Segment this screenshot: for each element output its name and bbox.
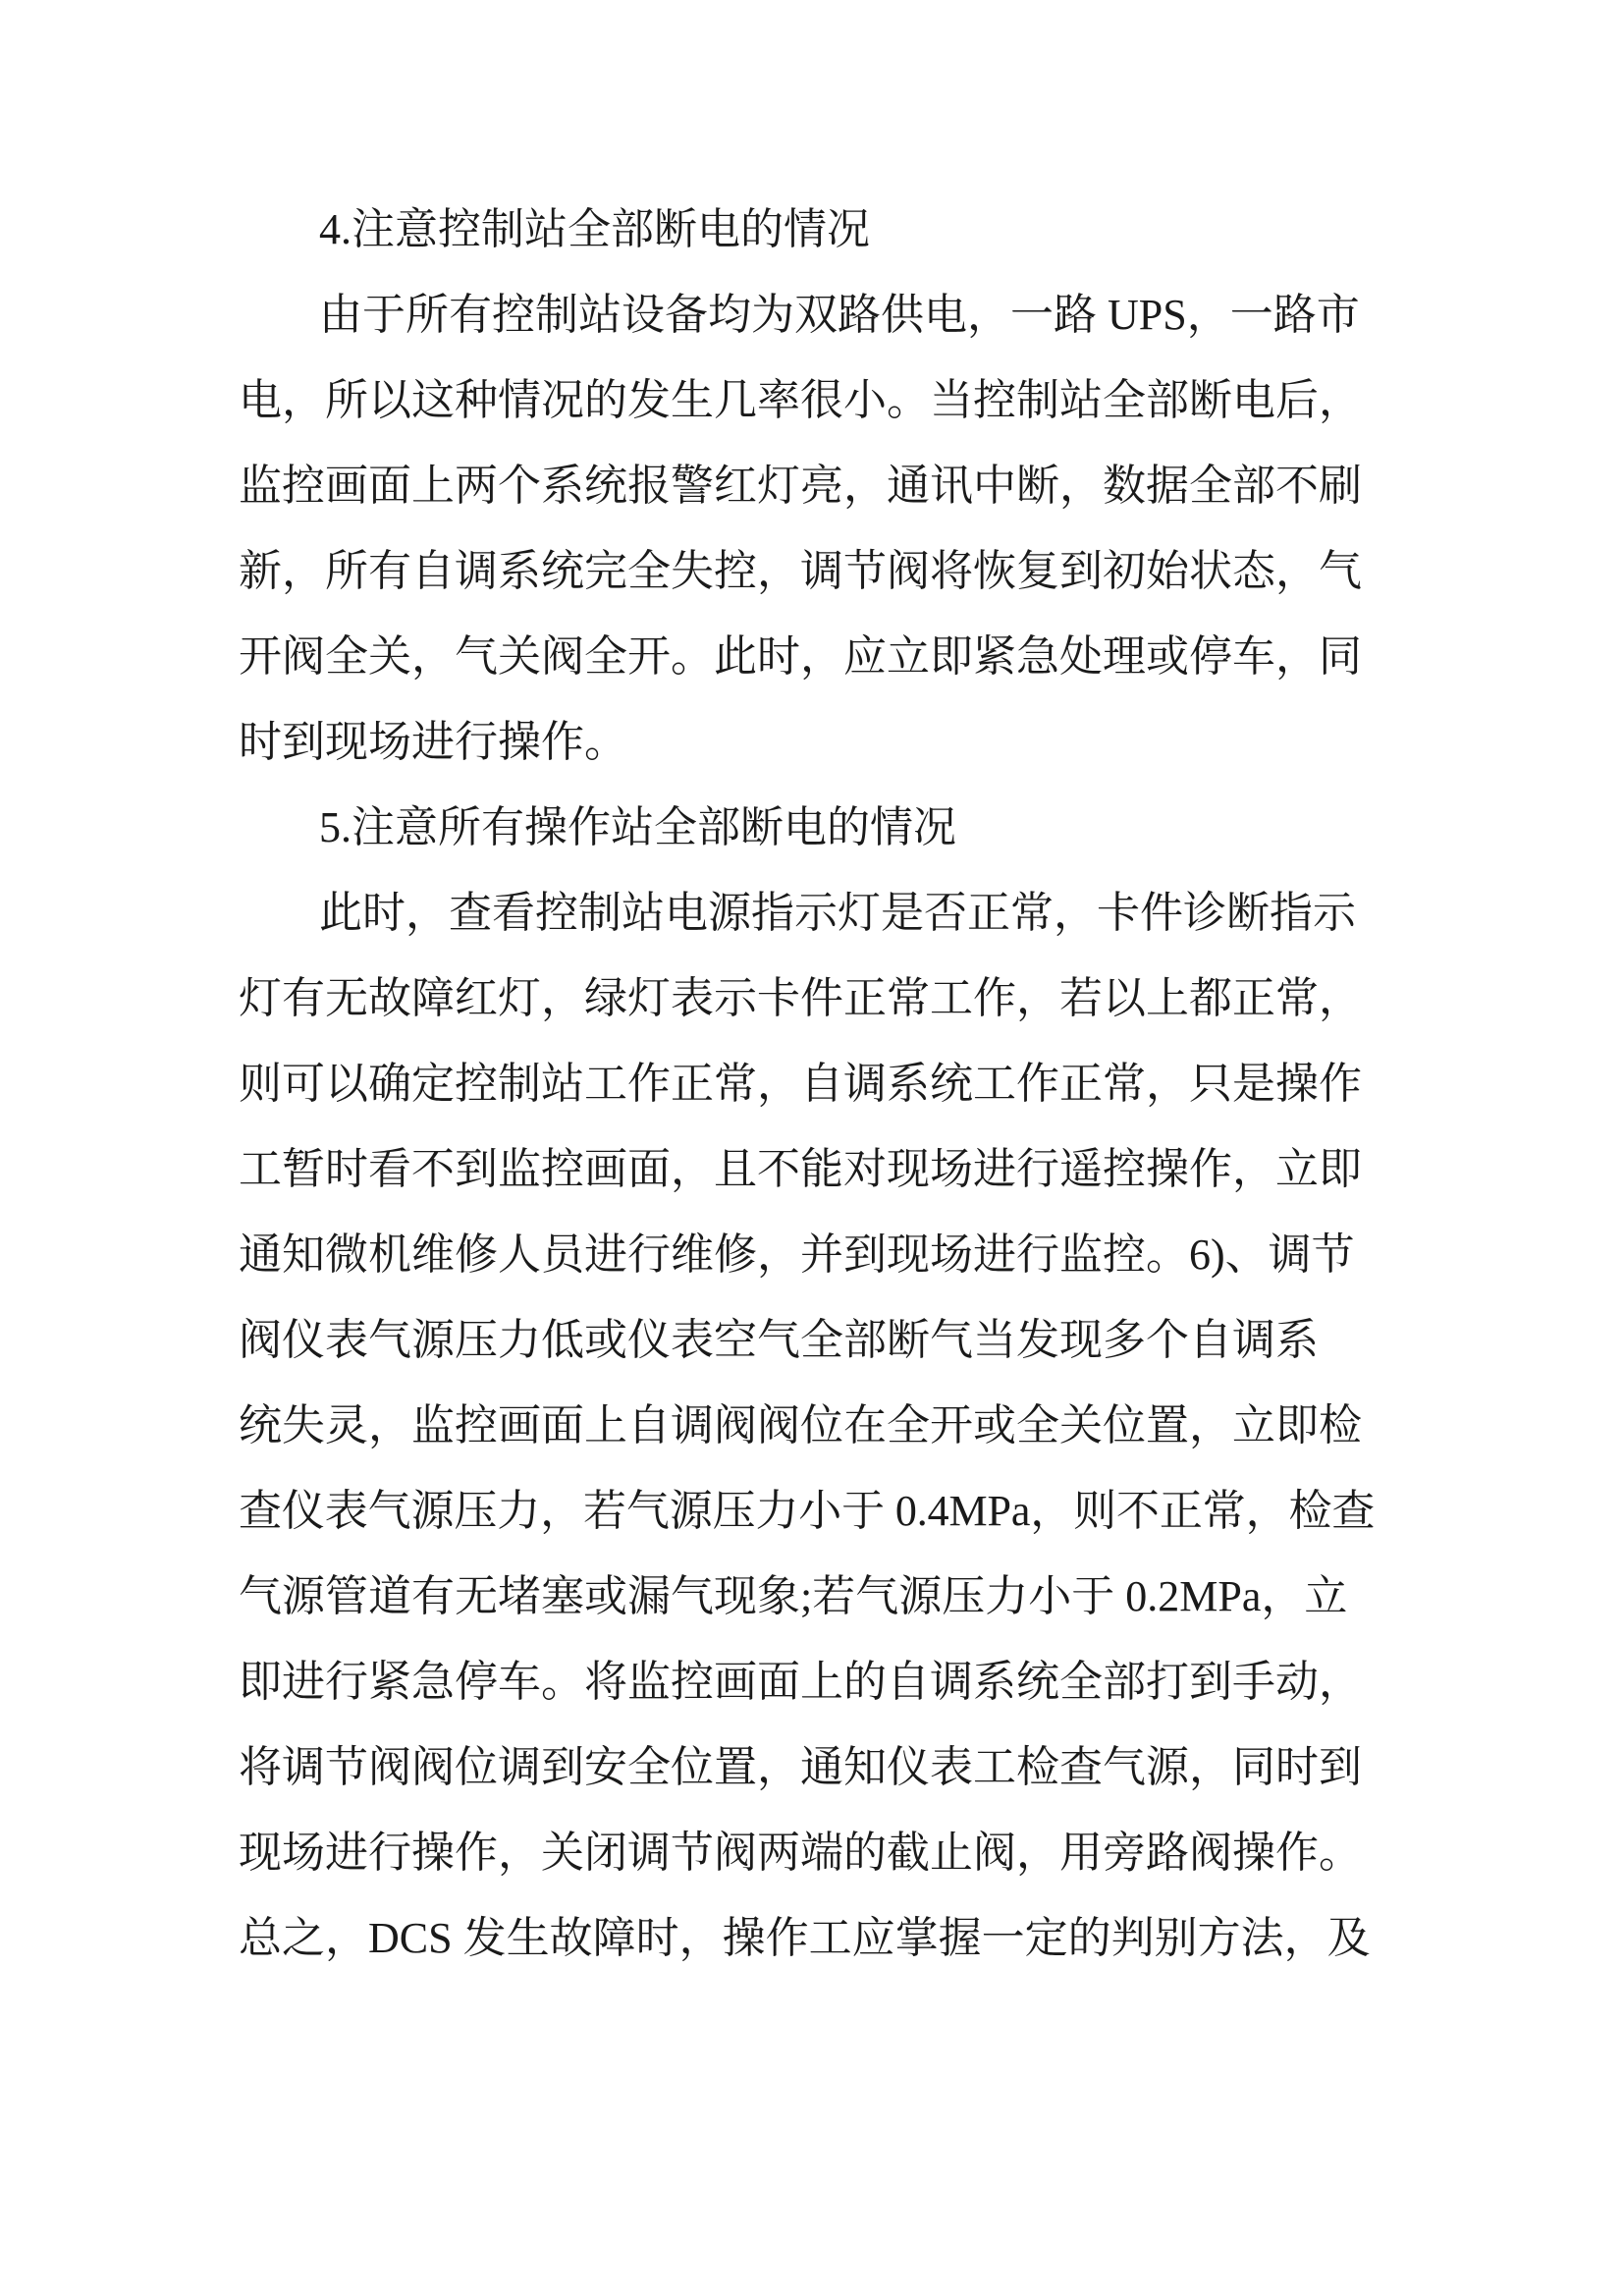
text-line: 工暂时看不到监控画面，且不能对现场进行遥控操作，立即: [239, 1126, 1375, 1212]
text-line: 时到现场进行操作。: [239, 699, 1375, 785]
text-line: 总之，DCS 发生故障时，操作工应掌握一定的判别方法，及: [239, 1895, 1375, 1981]
text-line: 将调节阀阀位调到安全位置，通知仪表工检查气源，同时到: [239, 1724, 1375, 1810]
text-line: 即进行紧急停车。将监控画面上的自调系统全部打到手动，: [239, 1639, 1375, 1724]
text-line: 由于所有控制站设备均为双路供电，一路 UPS，一路市: [239, 272, 1375, 357]
text-line: 监控画面上两个系统报警红灯亮，通讯中断，数据全部不刷: [239, 443, 1375, 528]
text-line: 通知微机维修人员进行维修，并到现场进行监控。6)、调节: [239, 1212, 1375, 1297]
document-page: 4.注意控制站全部断电的情况由于所有控制站设备均为双路供电，一路 UPS，一路市…: [0, 0, 1623, 2296]
text-line: 电，所以这种情况的发生几率很小。当控制站全部断电后，: [239, 357, 1375, 443]
text-block: 4.注意控制站全部断电的情况由于所有控制站设备均为双路供电，一路 UPS，一路市…: [239, 187, 1375, 1981]
text-line: 此时，查看控制站电源指示灯是否正常，卡件诊断指示: [239, 870, 1375, 956]
text-line: 气源管道有无堵塞或漏气现象;若气源压力小于 0.2MPa，立: [239, 1554, 1375, 1639]
text-line: 阀仪表气源压力低或仪表空气全部断气当发现多个自调系: [239, 1297, 1375, 1383]
text-line: 开阀全关，气关阀全开。此时，应立即紧急处理或停车，同: [239, 614, 1375, 699]
text-line: 4.注意控制站全部断电的情况: [239, 187, 1375, 272]
text-line: 则可以确定控制站工作正常，自调系统工作正常，只是操作: [239, 1041, 1375, 1126]
text-line: 查仪表气源压力，若气源压力小于 0.4MPa，则不正常，检查: [239, 1468, 1375, 1554]
text-line: 统失灵，监控画面上自调阀阀位在全开或全关位置，立即检: [239, 1383, 1375, 1468]
text-line: 现场进行操作，关闭调节阀两端的截止阀，用旁路阀操作。: [239, 1810, 1375, 1895]
text-line: 5.注意所有操作站全部断电的情况: [239, 785, 1375, 870]
text-line: 灯有无故障红灯，绿灯表示卡件正常工作，若以上都正常，: [239, 956, 1375, 1041]
text-line: 新，所有自调系统完全失控，调节阀将恢复到初始状态，气: [239, 528, 1375, 614]
